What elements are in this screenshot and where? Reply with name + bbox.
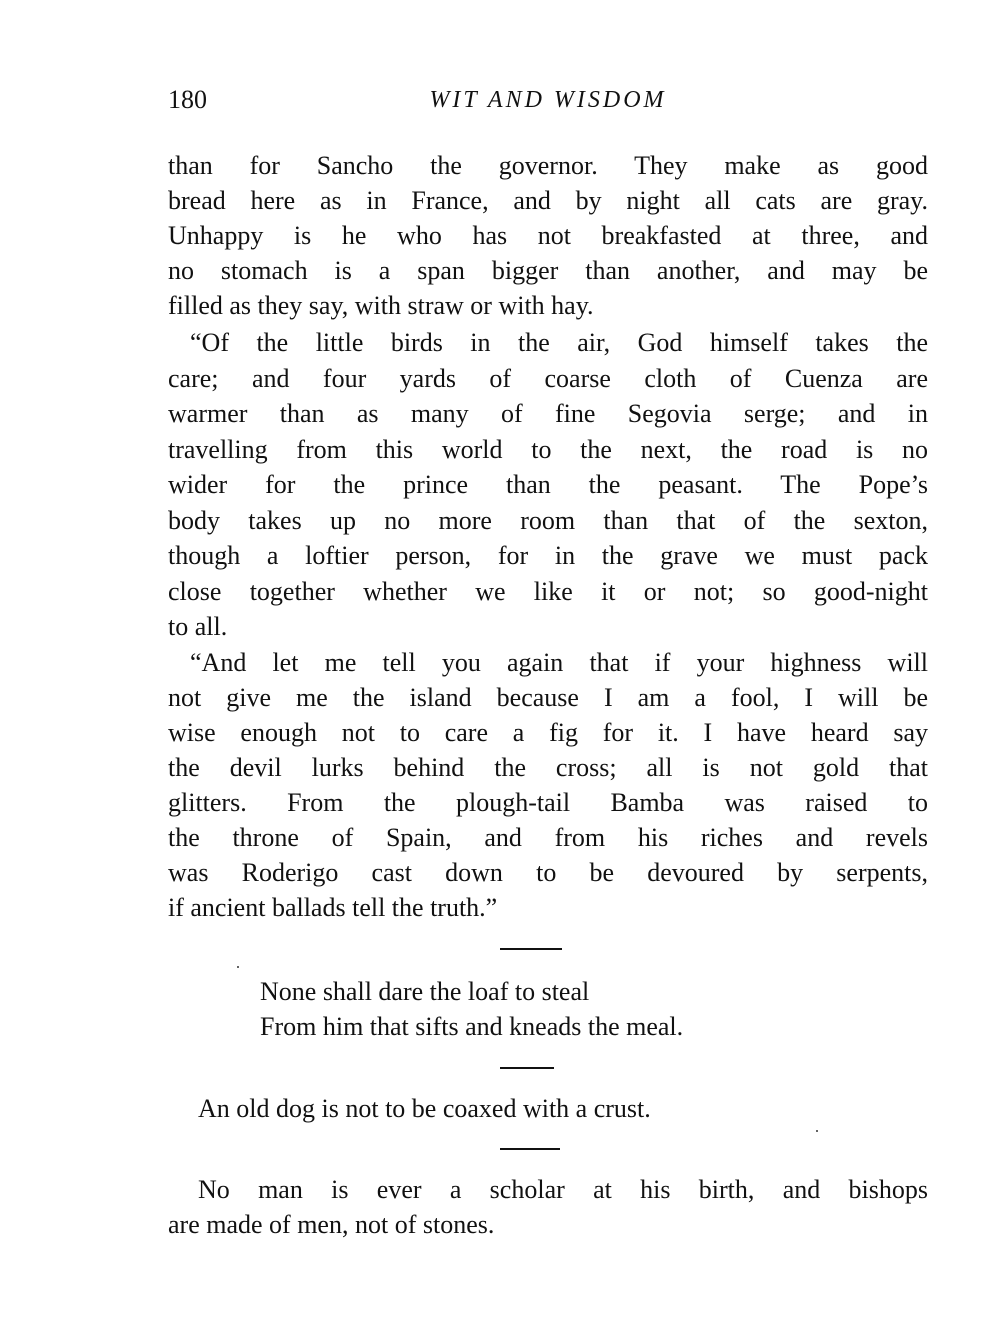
text-line: are made of men, not of stones. (168, 1207, 928, 1243)
verse-line: None shall dare the loaf to steal (260, 974, 589, 1010)
text-line: to all. (168, 609, 928, 645)
text-line: not give me the island because I am a fo… (168, 680, 928, 716)
text-line: was Roderigo cast down to be devoured by… (168, 855, 928, 891)
text-line: glitters. From the plough-tail Bamba was… (168, 785, 928, 821)
text-line: care; and four yards of coarse cloth of … (168, 361, 928, 397)
section-divider (500, 1148, 560, 1150)
text-line: wider for the prince than the peasant. T… (168, 467, 928, 503)
text-line: though a loftier person, for in the grav… (168, 538, 928, 574)
text-line: the throne of Spain, and from his riches… (168, 820, 928, 856)
verse-line: From him that sifts and kneads the meal. (260, 1009, 683, 1045)
text-line: travelling from this world to the next, … (168, 432, 928, 468)
text-line: bread here as in France, and by night al… (168, 183, 928, 219)
text-line: close together whether we like it or not… (168, 574, 928, 610)
text-line: no stomach is a span bigger than another… (168, 253, 928, 289)
print-speck (816, 1130, 818, 1132)
text-line: filled as they say, with straw or with h… (168, 288, 928, 324)
text-line: “And let me tell you again that if your … (190, 645, 928, 681)
text-line: body takes up no more room than that of … (168, 503, 928, 539)
section-divider (500, 948, 562, 950)
proverb: An old dog is not to be coaxed with a cr… (198, 1091, 651, 1127)
text-line: No man is ever a scholar at his birth, a… (198, 1172, 928, 1208)
text-line: the devil lurks behind the cross; all is… (168, 750, 928, 786)
page-header: 180 WIT AND WISDOM (168, 82, 928, 118)
text-line: if ancient ballads tell the truth.” (168, 890, 928, 926)
text-line: “Of the little birds in the air, God him… (190, 325, 928, 361)
running-title: WIT AND WISDOM (268, 82, 828, 118)
text-line: than for Sancho the governor. They make … (168, 148, 928, 184)
text-line: warmer than as many of fine Segovia serg… (168, 396, 928, 432)
text-line: wise enough not to care a fig for it. I … (168, 715, 928, 751)
page-number: 180 (168, 82, 207, 118)
section-divider (500, 1067, 554, 1069)
book-page: 180 WIT AND WISDOM than for Sancho the g… (0, 0, 1000, 1318)
print-speck (237, 966, 239, 968)
text-line: Unhappy is he who has not breakfasted at… (168, 218, 928, 254)
